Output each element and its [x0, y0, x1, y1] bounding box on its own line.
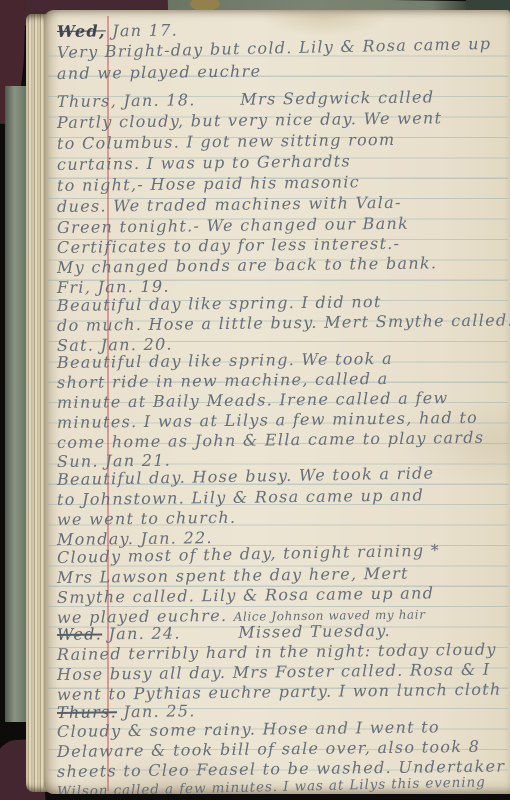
journal-line: went to Pythias euchre party. I won lunc… [57, 680, 502, 705]
journal-line: dues. We traded machines with Vala- [57, 193, 402, 217]
corrected-word: Thurs. [57, 702, 117, 722]
journal-line: do much. Hose a little busy. Mert Smythe… [57, 310, 510, 336]
journal-line: come home as John & Ella came to play ca… [57, 428, 485, 453]
journal-line: and we played euchre [57, 62, 262, 84]
journal-line: to night,- Hose paid his masonic [57, 172, 360, 196]
journal-line: to Columbus. I got new sitting room [57, 130, 396, 154]
journal-line: My changed bonds are back to the bank. [57, 253, 438, 278]
corrected-word: Wed. [57, 624, 102, 644]
journal-line: curtains. I was up to Gerhardts [57, 151, 351, 175]
diary-page: Wed, Jan 17. Very Bright-day but cold. L… [44, 10, 510, 794]
journal-line: to Johnstown. Lily & Rosa came up and [57, 486, 424, 510]
corrected-word: Wed, [57, 21, 106, 41]
diary-photograph: Wed, Jan 17. Very Bright-day but cold. L… [0, 0, 510, 800]
journal-line: we went to church. [57, 508, 237, 530]
entry-date-line: Wed, Jan 17. [57, 21, 178, 42]
missed-day-note: Missed Tuesday. [181, 621, 391, 643]
handwriting-layer: Wed, Jan 17. Very Bright-day but cold. L… [57, 10, 508, 794]
